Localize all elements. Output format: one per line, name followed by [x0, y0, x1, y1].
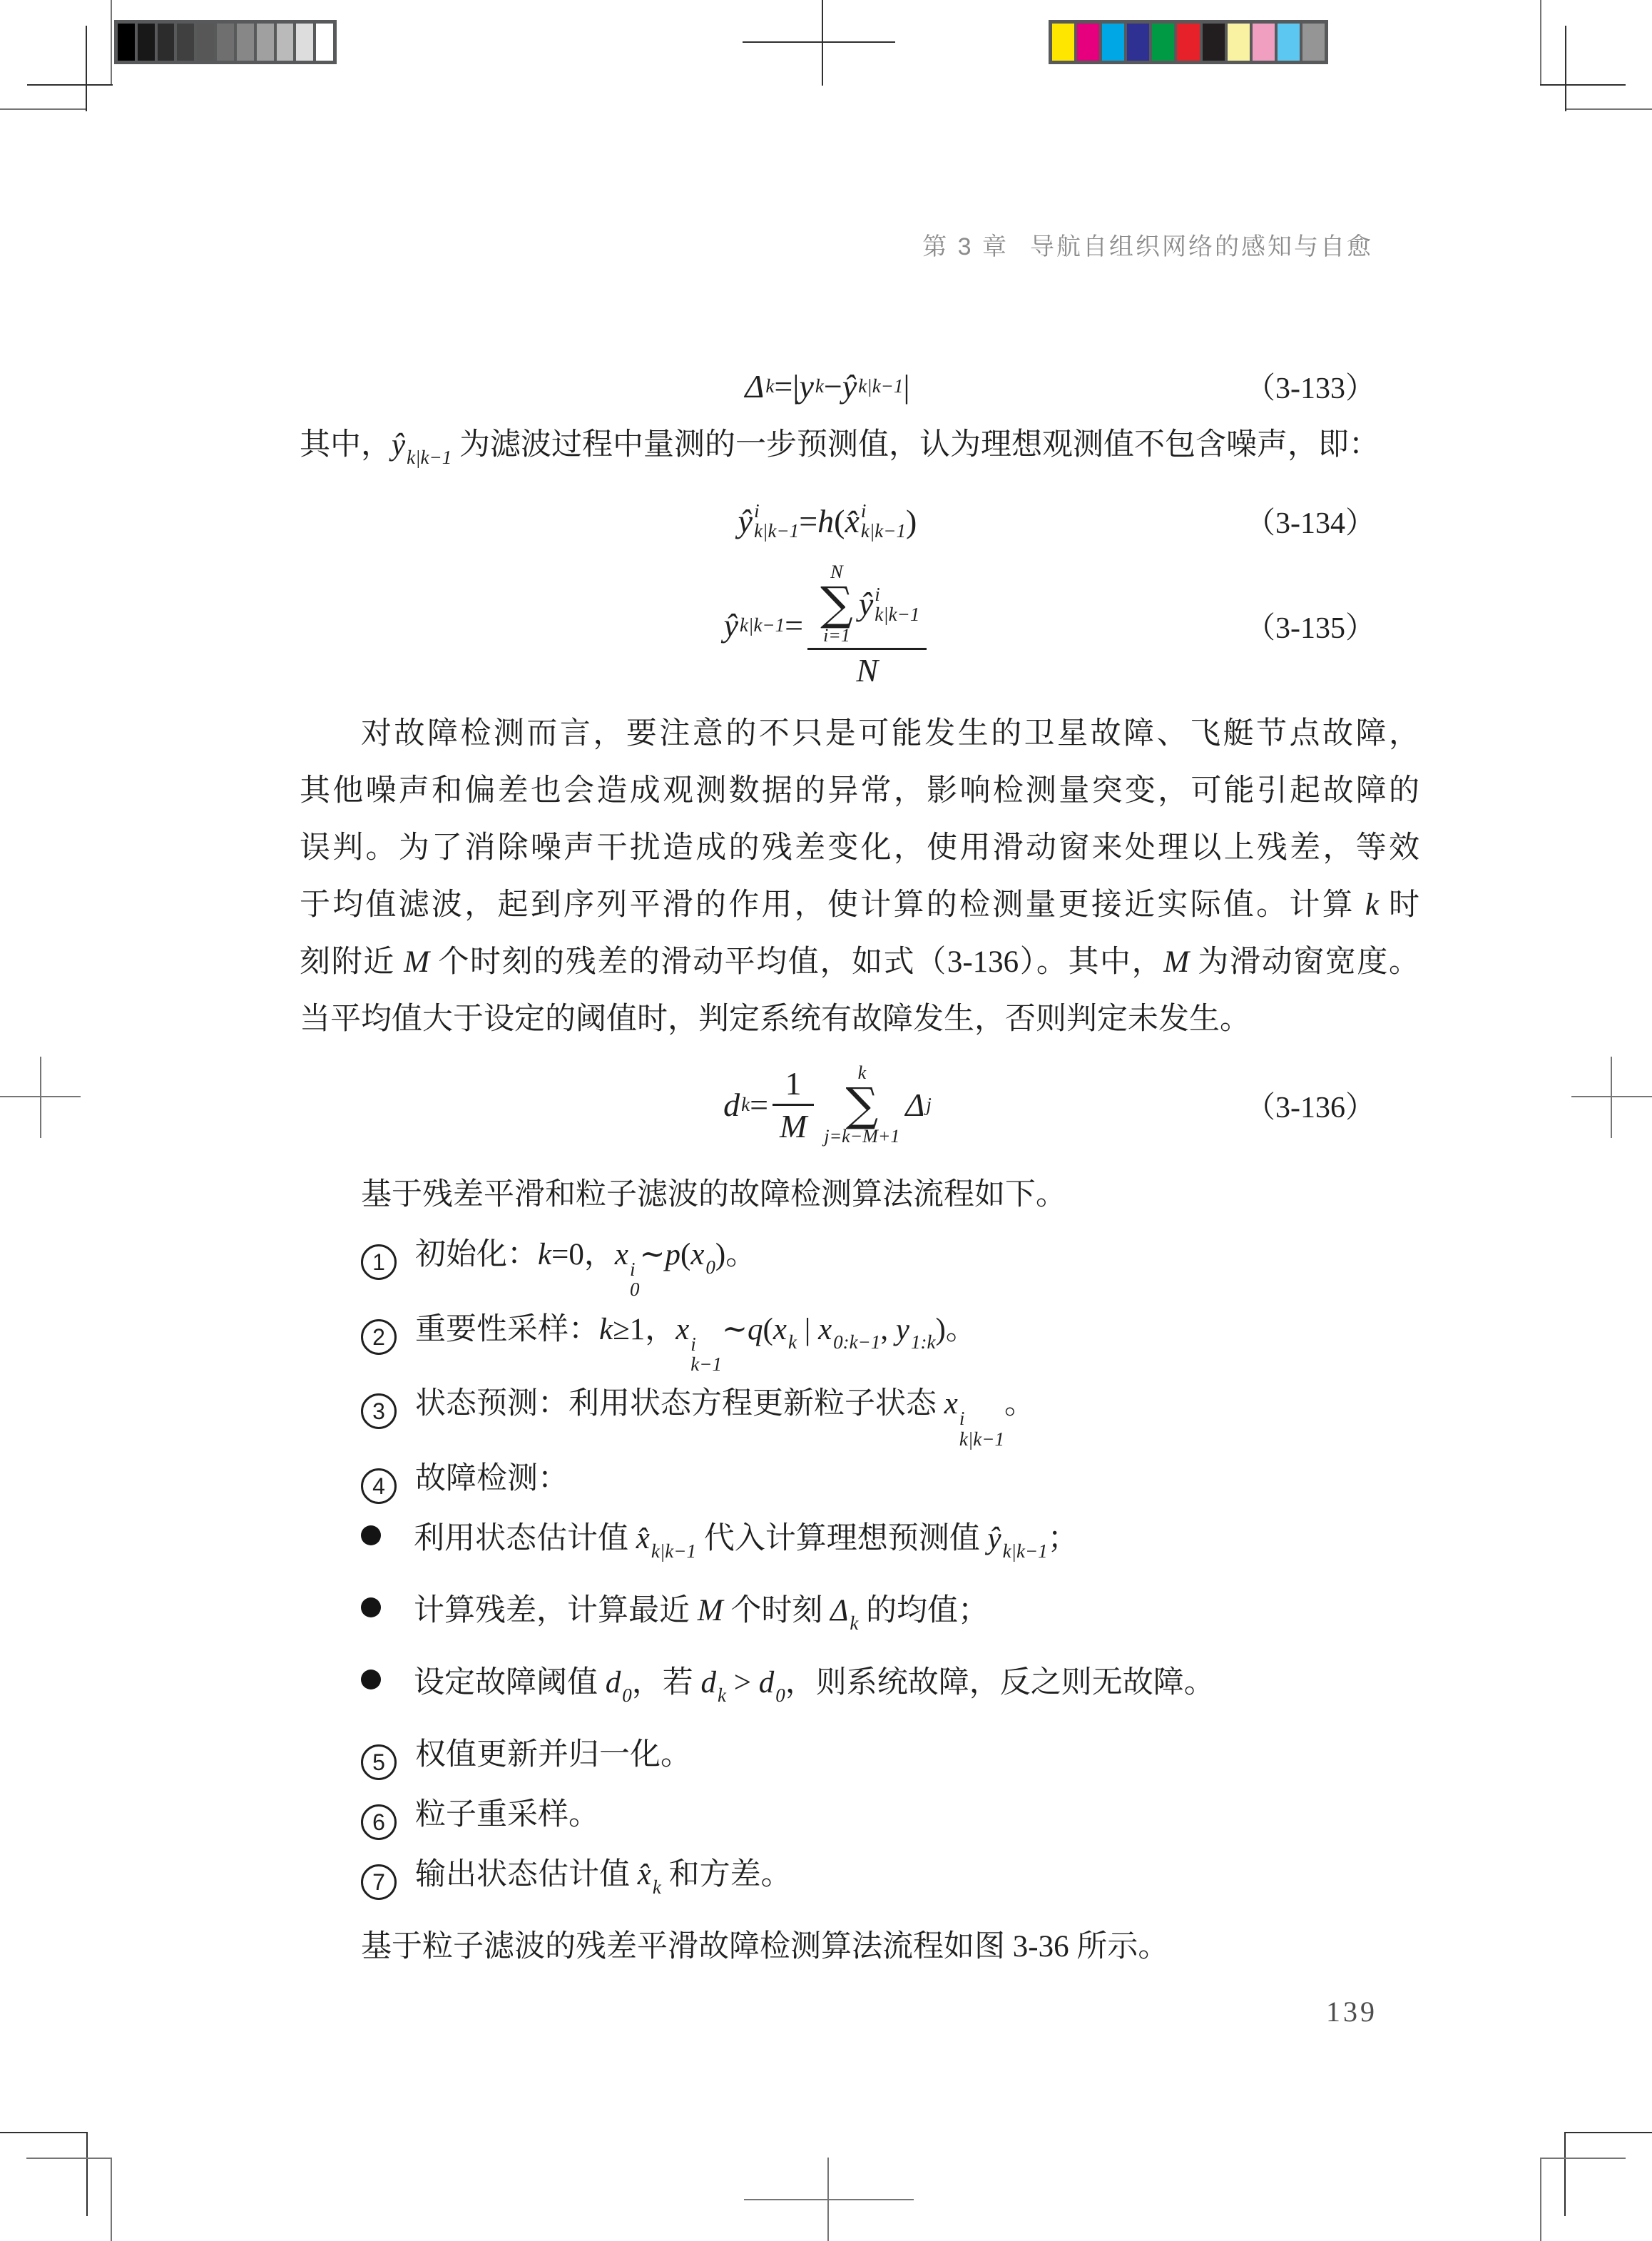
crop-line	[111, 0, 112, 86]
page-number: 139	[1305, 1995, 1398, 2028]
body-line: 刻附近 M 个时刻的残差的滑动平均值，如式（3-136）。其中，M 为滑动窗宽度…	[300, 934, 1419, 991]
chapter-title: 导航自组织网络的感知与自愈	[1030, 233, 1373, 260]
calibration-swatch	[138, 24, 155, 61]
calibration-swatch	[316, 24, 333, 61]
calibration-swatch	[177, 24, 194, 61]
equation-number: （3-134）	[1255, 499, 1419, 542]
calibration-swatch	[296, 24, 313, 61]
crop-line	[1540, 0, 1541, 86]
algorithm-step-6: 6粒子重采样。	[300, 1785, 1419, 1845]
crop-line	[1565, 2132, 1652, 2133]
crop-line	[1540, 2158, 1541, 2241]
crop-line	[1565, 108, 1652, 110]
algorithm-step-3: 3状态预测：利用状态方程更新粒子状态 xik|k−1。	[300, 1374, 1419, 1449]
running-head: 第 3 章导航自组织网络的感知与自愈	[300, 227, 1373, 262]
algorithm-bullet-3: ●设定故障阈值 d0，若 dk > d0，则系统故障，反之则无故障。	[300, 1653, 1419, 1725]
body-line: 于均值滤波，起到序列平滑的作用，使计算的检测量更接近实际值。计算 k 时	[300, 877, 1419, 934]
calibration-swatch	[1177, 24, 1199, 61]
crop-line	[111, 2158, 112, 2241]
grayscale-calibration-bar	[114, 20, 337, 64]
body-line: 其他噪声和偏差也会造成观测数据的异常，影响检测量突变，可能引起故障的	[300, 763, 1419, 820]
equation-number: （3-136）	[1255, 1084, 1419, 1127]
calibration-swatch	[237, 24, 254, 61]
chapter-number: 第 3 章	[922, 233, 1009, 260]
equation-formula: ŷik|k−1 = h(x̂ik|k−1)	[300, 501, 1255, 542]
equation-3-136: dk = 1Mk∑j=k−M+1 Δj （3-136）	[300, 1051, 1419, 1159]
crop-line	[1564, 2132, 1566, 2216]
calibration-swatch	[257, 24, 274, 61]
equation-3-135: ŷk|k−1 = N∑i=1ŷik|k−1N （3-135）	[300, 556, 1419, 696]
calibration-swatch	[158, 24, 175, 61]
calibration-swatch	[1077, 24, 1099, 61]
crop-line	[1540, 2158, 1626, 2159]
body-line: 对故障检测而言，要注意的不只是可能发生的卫星故障、飞艇节点故障，	[300, 706, 1419, 763]
crop-line	[743, 41, 895, 43]
algorithm-step-7: 7输出状态估计值 x̂k 和方差。	[300, 1845, 1419, 1917]
closing-line: 基于粒子滤波的残差平滑故障检测算法流程如图 3-36 所示。	[300, 1917, 1419, 1977]
algorithm-step-1: 1初始化：k=0，xi0∼p(x0)。	[300, 1225, 1419, 1300]
calibration-swatch	[1278, 24, 1300, 61]
calibration-swatch	[197, 24, 214, 61]
crop-line	[822, 0, 823, 86]
calibration-swatch	[1253, 24, 1275, 61]
crop-line	[40, 1057, 41, 1138]
crop-line	[1611, 1057, 1612, 1138]
equation-formula: ŷk|k−1 = N∑i=1ŷik|k−1N	[300, 561, 1255, 691]
algorithm-step-5: 5权值更新并归一化。	[300, 1725, 1419, 1785]
crop-line	[86, 2132, 88, 2216]
color-calibration-bar	[1049, 20, 1328, 64]
equation-3-133: Δk =| yk − ŷk|k−1 | （3-133）	[300, 355, 1419, 417]
algorithm-bullet-1: ●利用状态估计值 x̂k|k−1 代入计算理想预测值 ŷk|k−1；	[300, 1509, 1419, 1581]
calibration-swatch	[118, 24, 135, 61]
crop-line	[0, 108, 87, 110]
book-page: 第 3 章导航自组织网络的感知与自愈 Δk =| yk − ŷk|k−1 | （…	[0, 0, 1652, 2241]
algorithm-bullet-2: ●计算残差，计算最近 M 个时刻 Δk 的均值；	[300, 1581, 1419, 1653]
crop-line	[744, 2199, 914, 2200]
calibration-swatch	[1228, 24, 1250, 61]
algorithm-step-2: 2重要性采样：k≥1，xik−1∼q(xk | x0:k−1, y1:k)。	[300, 1300, 1419, 1375]
crop-line	[27, 84, 113, 86]
calibration-swatch	[217, 24, 234, 61]
crop-line	[1565, 26, 1566, 111]
body-line: 当平均值大于设定的阈值时，判定系统有故障发生，否则判定未发生。	[300, 991, 1419, 1048]
crop-line	[86, 26, 87, 111]
equation-3-134: ŷik|k−1 = h(x̂ik|k−1) （3-134）	[300, 486, 1419, 556]
calibration-swatch	[1302, 24, 1325, 61]
equation-formula: Δk =| yk − ŷk|k−1 |	[300, 367, 1255, 405]
crop-line	[0, 2132, 87, 2133]
paragraph: 对故障检测而言，要注意的不只是可能发生的卫星故障、飞艇节点故障， 其他噪声和偏差…	[300, 706, 1419, 1048]
calibration-swatch	[1052, 24, 1074, 61]
body-line: 其中，ŷk|k−1 为滤波过程中量测的一步预测值，认为理想观测值不包含噪声，即：	[300, 417, 1419, 486]
algorithm-intro-line: 基于残差平滑和粒子滤波的故障检测算法流程如下。	[300, 1165, 1419, 1225]
crop-line	[1540, 84, 1626, 86]
calibration-swatch	[1203, 24, 1225, 61]
body-line: 误判。为了消除噪声干扰造成的残差变化，使用滑动窗来处理以上残差，等效	[300, 820, 1419, 877]
text-column: Δk =| yk − ŷk|k−1 | （3-133） 其中，ŷk|k−1 为滤…	[300, 355, 1419, 1977]
calibration-swatch	[1102, 24, 1124, 61]
equation-formula: dk = 1Mk∑j=k−M+1 Δj	[300, 1063, 1255, 1147]
equation-number: （3-135）	[1255, 604, 1419, 647]
calibration-swatch	[1152, 24, 1174, 61]
crop-line	[26, 2158, 112, 2159]
calibration-swatch	[1127, 24, 1149, 61]
calibration-swatch	[277, 24, 294, 61]
equation-number: （3-133）	[1255, 365, 1419, 407]
algorithm-step-4: 4故障检测：	[300, 1449, 1419, 1509]
